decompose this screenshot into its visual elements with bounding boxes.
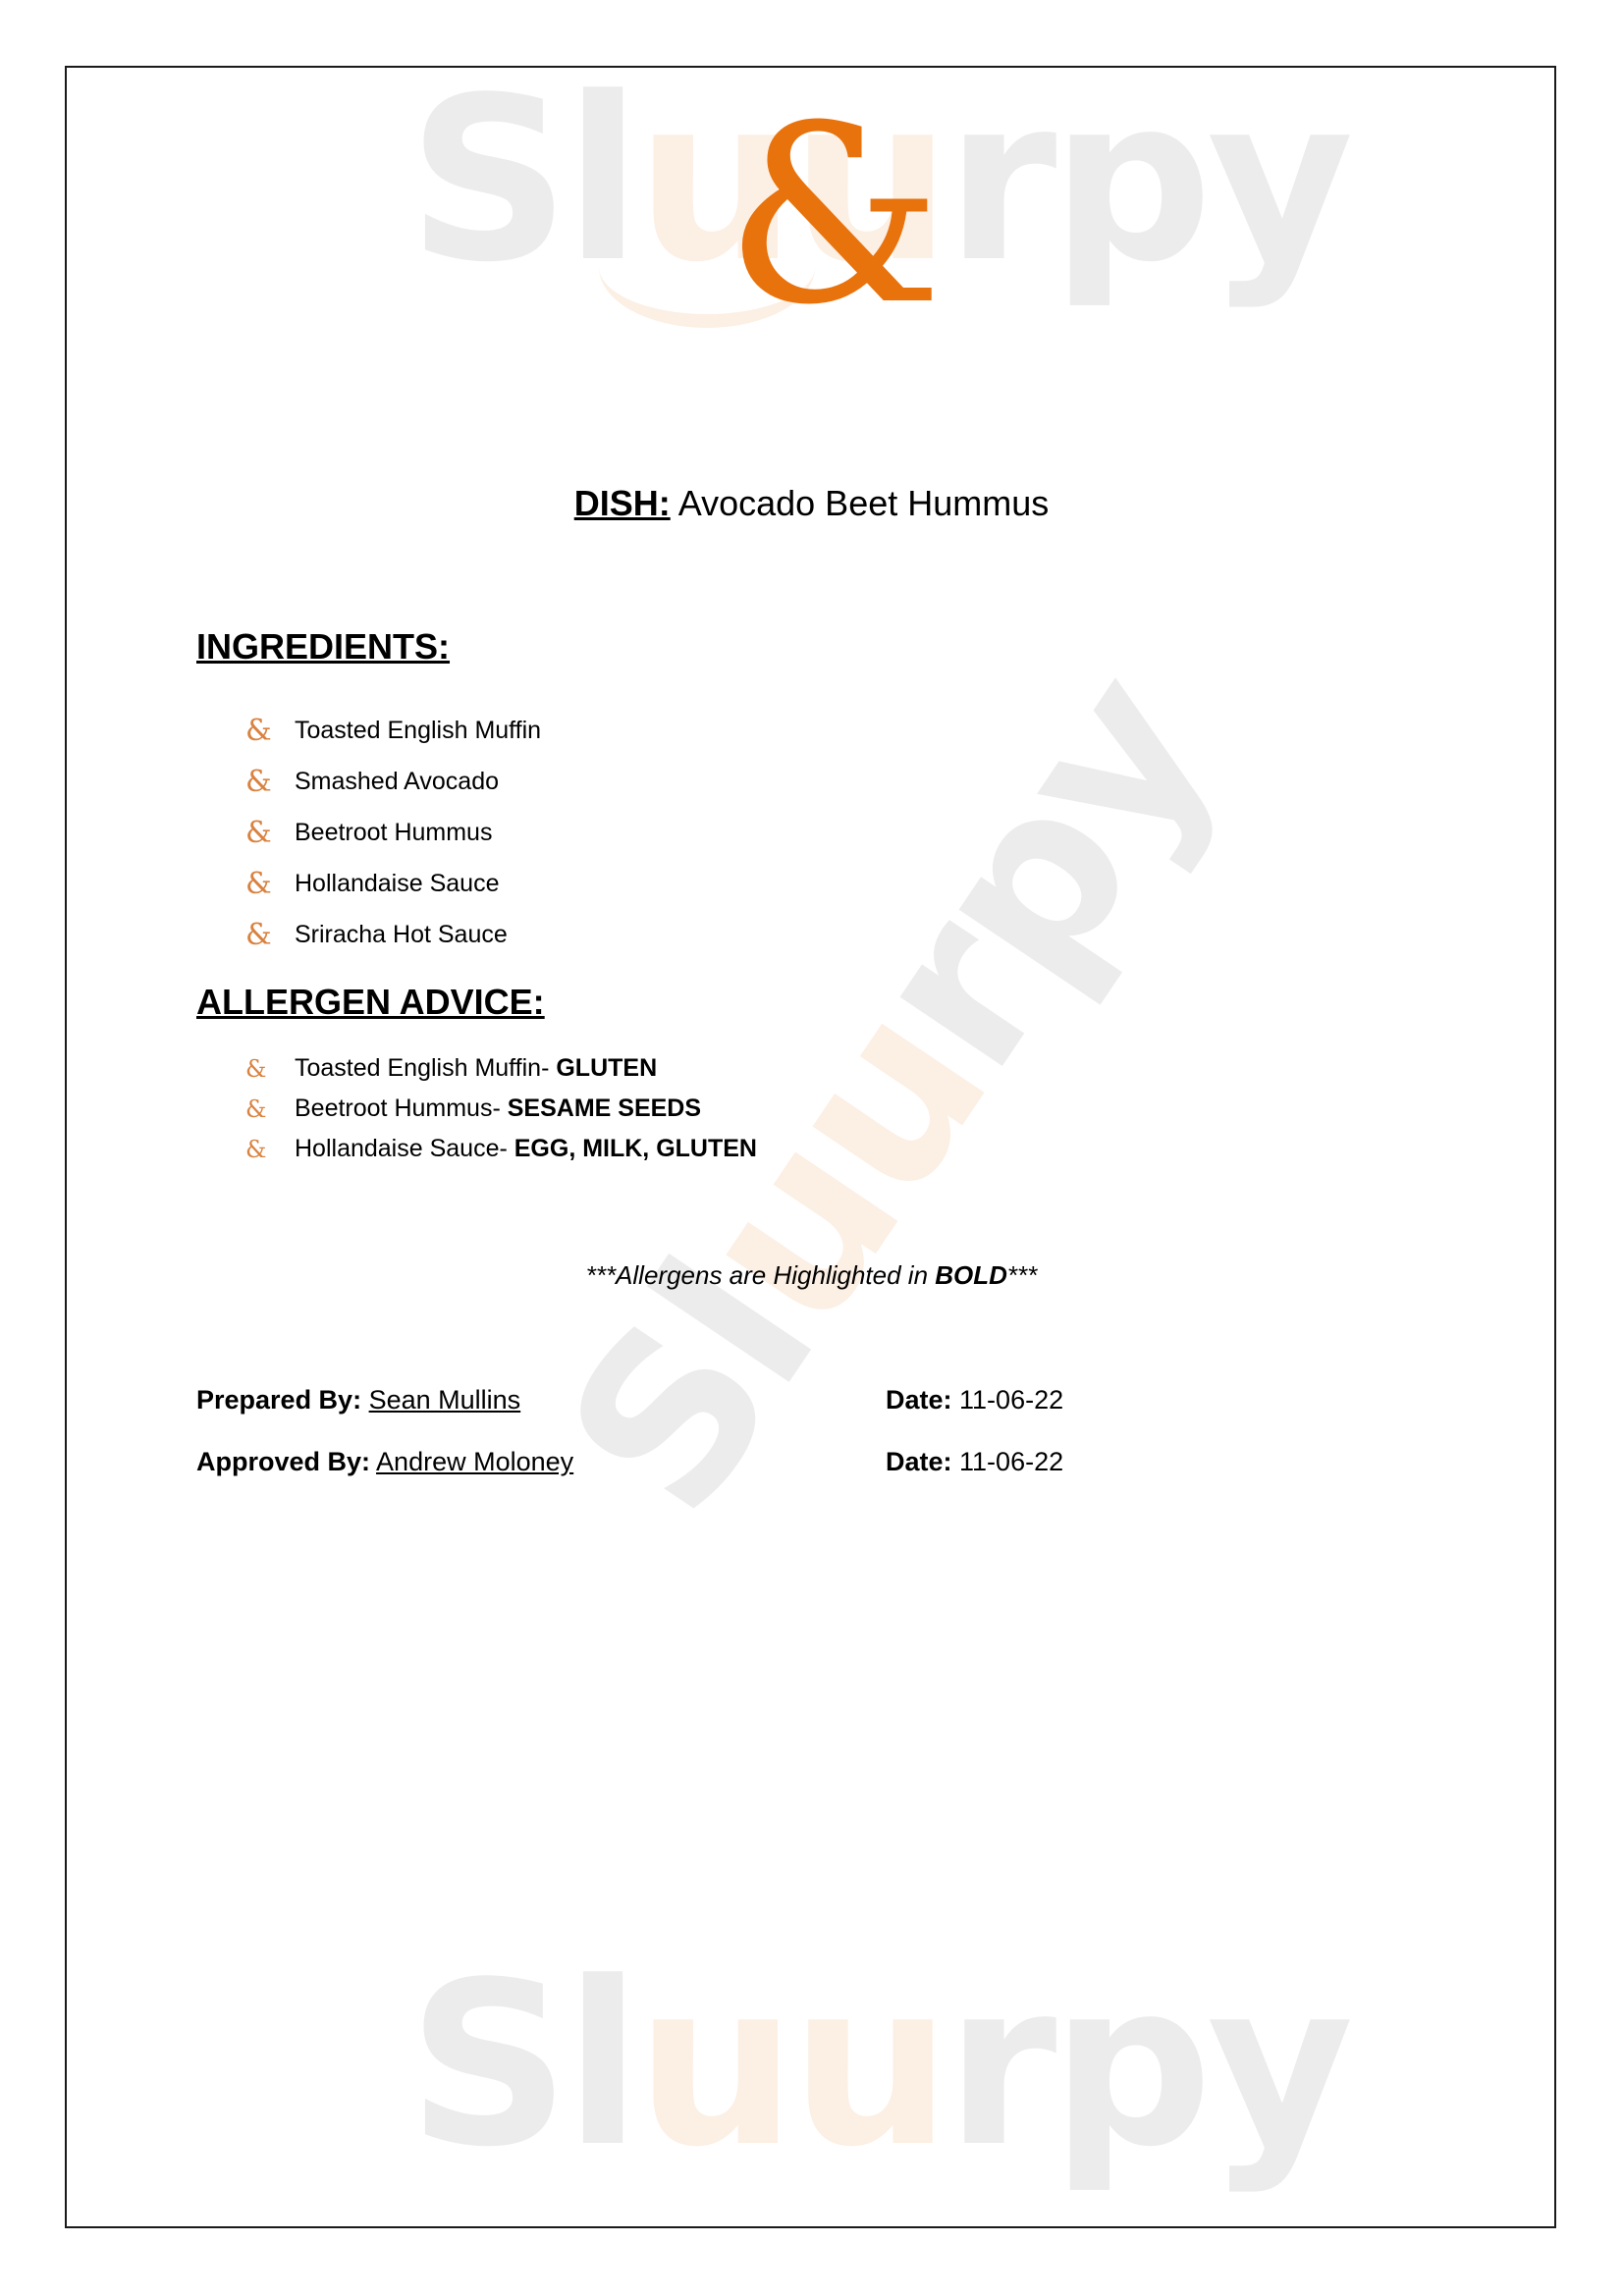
allergen-tag: GLUTEN bbox=[556, 1054, 657, 1083]
ampersand-bullet-icon: & bbox=[245, 867, 295, 901]
ampersand-bullet-icon: & bbox=[245, 1095, 295, 1123]
ampersand-logo-icon: & bbox=[725, 93, 944, 339]
list-item: &Hollandaise Sauce bbox=[245, 858, 541, 909]
allergen-note: ***Allergens are Highlighted in BOLD*** bbox=[0, 1260, 1623, 1291]
ampersand-bullet-icon: & bbox=[245, 1136, 295, 1163]
list-item: &Toasted English Muffin- GLUTEN bbox=[245, 1048, 757, 1089]
ampersand-bullet-icon: & bbox=[245, 816, 295, 850]
list-item: &Toasted English Muffin bbox=[245, 705, 541, 756]
approved-by-name: Andrew Moloney bbox=[376, 1447, 573, 1476]
dish-title: DISH: Avocado Beet Hummus bbox=[0, 483, 1623, 524]
list-item: &Beetroot Hummus bbox=[245, 807, 541, 858]
ampersand-bullet-icon: & bbox=[245, 714, 295, 748]
dish-name: Avocado Beet Hummus bbox=[678, 483, 1050, 523]
ampersand-bullet-icon: & bbox=[245, 1055, 295, 1083]
allergen-advice-heading: ALLERGEN ADVICE: bbox=[196, 982, 545, 1023]
dish-label: DISH: bbox=[574, 483, 671, 523]
approved-date-label: Date: bbox=[886, 1447, 952, 1476]
ingredients-heading: INGREDIENTS: bbox=[196, 626, 450, 667]
allergen-tag: EGG, MILK, GLUTEN bbox=[514, 1135, 757, 1163]
list-item: &Sriracha Hot Sauce bbox=[245, 909, 541, 960]
list-item: &Smashed Avocado bbox=[245, 756, 541, 807]
ampersand-bullet-icon: & bbox=[245, 918, 295, 952]
ampersand-bullet-icon: & bbox=[245, 765, 295, 799]
allergen-list: &Toasted English Muffin- GLUTEN &Beetroo… bbox=[245, 1048, 757, 1169]
approved-by-label: Approved By: bbox=[196, 1447, 370, 1476]
list-item: &Beetroot Hummus- SESAME SEEDS bbox=[245, 1089, 757, 1129]
approved-by-row: Approved By: Andrew Moloney bbox=[196, 1447, 573, 1477]
prepared-by-label: Prepared By: bbox=[196, 1385, 361, 1415]
approved-date-row: Date: 11-06-22 bbox=[886, 1447, 1063, 1477]
prepared-date-value: 11-06-22 bbox=[959, 1385, 1063, 1415]
approved-date-value: 11-06-22 bbox=[959, 1447, 1063, 1476]
prepared-by-row: Prepared By: Sean Mullins bbox=[196, 1385, 520, 1415]
prepared-date-label: Date: bbox=[886, 1385, 952, 1415]
list-item: &Hollandaise Sauce- EGG, MILK, GLUTEN bbox=[245, 1129, 757, 1169]
allergen-tag: SESAME SEEDS bbox=[508, 1095, 701, 1123]
prepared-by-name: Sean Mullins bbox=[369, 1385, 521, 1415]
ingredients-list: &Toasted English Muffin &Smashed Avocado… bbox=[245, 705, 541, 960]
prepared-date-row: Date: 11-06-22 bbox=[886, 1385, 1063, 1415]
